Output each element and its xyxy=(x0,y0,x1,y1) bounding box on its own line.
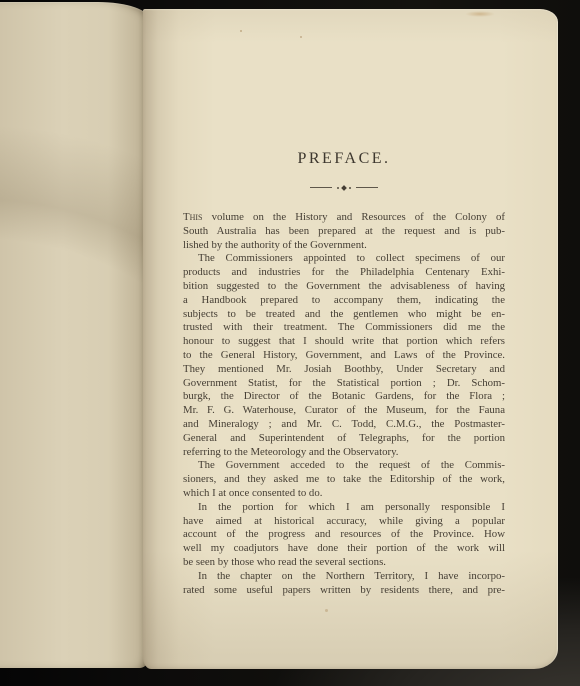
ornament-rule-right-icon xyxy=(356,187,378,188)
text-line: and Mineralogy ; and Mr. C. Todd, C.M.G.… xyxy=(183,418,505,432)
text-line: subjects to be treated and the gentlemen… xyxy=(183,308,505,322)
text-line: In the portion for which I am personally… xyxy=(183,501,505,515)
text-line: In the chapter on the Northern Territory… xyxy=(183,570,505,584)
text-line: This volume on the History and Resources… xyxy=(183,211,505,225)
text-line: lished by the authority of the Governmen… xyxy=(183,239,505,253)
text-line: honour to suggest that I should write th… xyxy=(183,335,505,349)
text-line: South Australia has been prepared at the… xyxy=(183,225,505,239)
text-line: General and Superintendent of Telegraphs… xyxy=(183,432,505,446)
facing-page xyxy=(0,2,150,668)
ornament-rule-left-icon xyxy=(310,187,332,188)
text-line: a Handbook prepared to accompany them, i… xyxy=(183,294,505,308)
page-title: PREFACE. xyxy=(183,149,505,169)
ornament-dot-icon xyxy=(349,187,351,189)
paper-stain xyxy=(240,30,242,32)
text-line: bition suggested to the Government the a… xyxy=(183,280,505,294)
text-line: referring to the Meteorology and the Obs… xyxy=(183,446,505,460)
text-line: products and industries for the Philadel… xyxy=(183,266,505,280)
text-line: The Commissioners appointed to collect s… xyxy=(183,252,505,266)
paper-stain xyxy=(300,36,302,38)
divider-ornament xyxy=(183,183,505,192)
preface-page: PREFACE. This volume on the History and … xyxy=(143,9,558,669)
text-line: sioners, and they asked me to take the E… xyxy=(183,473,505,487)
paragraphs-container: This volume on the History and Resources… xyxy=(183,211,505,597)
paper-stain xyxy=(325,609,328,612)
book-photo: PREFACE. This volume on the History and … xyxy=(0,0,580,686)
smallcaps-lead: This xyxy=(183,211,203,223)
text-line: well my coadjutors have done their porti… xyxy=(183,542,505,556)
text-line: Mr. F. G. Waterhouse, Curator of the Mus… xyxy=(183,404,505,418)
text-line: to the General History, Government, and … xyxy=(183,349,505,363)
text-line: Government Statist, for the Statistical … xyxy=(183,377,505,391)
text-line: account of the progress and resources of… xyxy=(183,528,505,542)
text-line: rated some useful papers written by resi… xyxy=(183,584,505,598)
text-line: burgk, the Director of the Botanic Garde… xyxy=(183,390,505,404)
text-line: have aimed at historical accuracy, while… xyxy=(183,515,505,529)
text-line: be seen by those who read the several se… xyxy=(183,556,505,570)
ornament-dot-icon xyxy=(337,187,339,189)
ornament-diamond-icon xyxy=(341,185,347,191)
paper-stain xyxy=(465,11,495,17)
line-rest: volume on the History and Resources of t… xyxy=(203,211,506,223)
text-line: which I at once consented to do. xyxy=(183,487,505,501)
text-line: The Government acceded to the request of… xyxy=(183,459,505,473)
text-line: They mentioned Mr. Josiah Boothby, Under… xyxy=(183,363,505,377)
preface-text: PREFACE. This volume on the History and … xyxy=(183,149,505,597)
text-line: trusted with their treatment. The Commis… xyxy=(183,321,505,335)
